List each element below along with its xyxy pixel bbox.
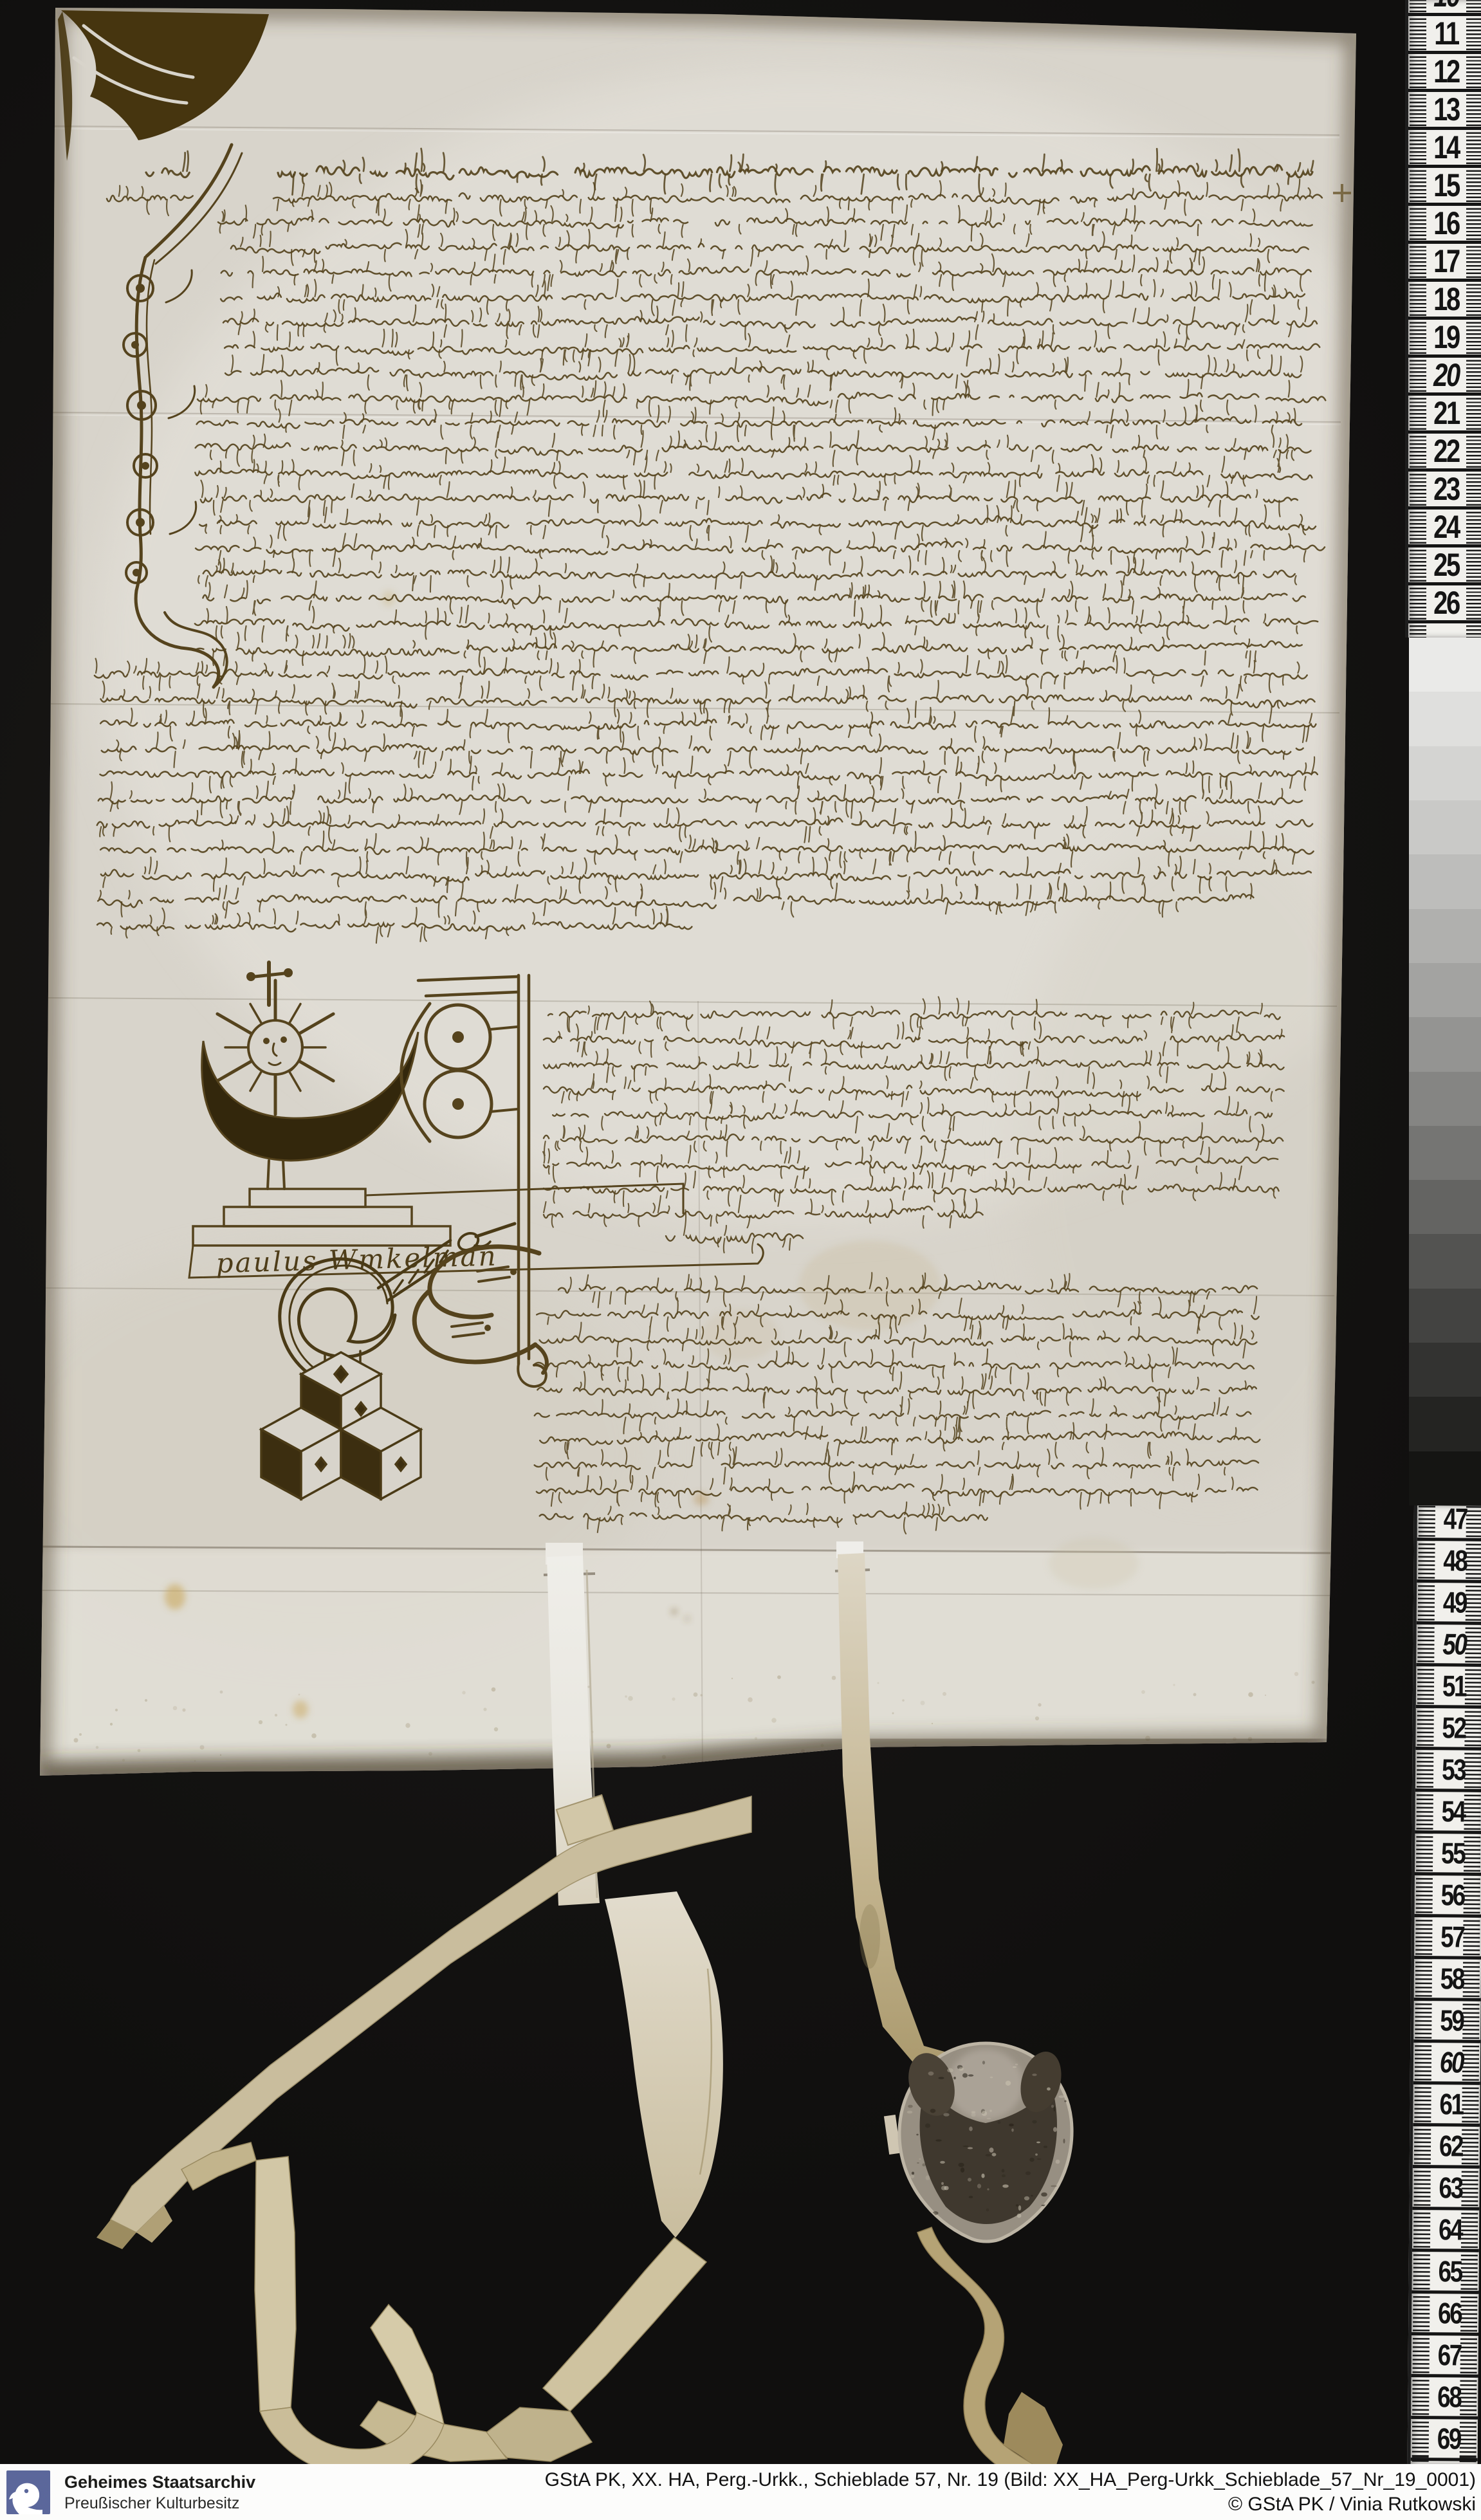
ruler-cm-line — [1417, 1621, 1481, 1625]
ruler-cm-line — [1415, 1872, 1481, 1876]
ruler-upper-segment: 1011121314151617181920212223242526 — [1405, 0, 1481, 638]
ruler-number: 17 — [1430, 244, 1462, 278]
wax-seal — [899, 2043, 1072, 2241]
left-tag-cream-ribbon — [605, 1891, 723, 2238]
grayscale-step — [1409, 1017, 1481, 1071]
ruler-number: 19 — [1430, 320, 1462, 354]
ruler-cm-line — [1412, 2374, 1478, 2378]
ruler-cm-line — [1416, 1705, 1481, 1709]
charter-photograph: paulus Wmkelman — [0, 0, 1481, 2520]
ruler-number: 51 — [1438, 1669, 1470, 1702]
ruler-cm-line — [1414, 1998, 1481, 2001]
ruler-cm-line — [1411, 2416, 1478, 2420]
ruler-cm-line — [1412, 2290, 1478, 2294]
shelfmark-reference: GStA PK, XX. HA, Perg.-Urkk., Schieblade… — [545, 2468, 1476, 2492]
ruler-number: 56 — [1437, 1878, 1469, 1911]
archive-logo: Geheimes Staatsarchiv Preußischer Kultur… — [0, 2470, 255, 2514]
copyright-credit: © GStA PK / Vinia Rutkowski — [545, 2492, 1476, 2517]
ruler-number: 21 — [1430, 396, 1462, 430]
ruler-number: 57 — [1436, 1920, 1468, 1953]
ruler-number: 16 — [1430, 207, 1462, 240]
ruler-number: 24 — [1430, 510, 1462, 544]
ruler-number: 48 — [1439, 1543, 1471, 1577]
ruler-cm-line — [1413, 2039, 1480, 2043]
grayscale-step — [1409, 1397, 1481, 1451]
grayscale-step — [1409, 746, 1481, 800]
ruler-cm-line — [1417, 1538, 1481, 1541]
ruler-ticks — [1412, 1505, 1435, 2464]
grayscale-step — [1409, 692, 1481, 746]
ruler-cm-line — [1417, 1579, 1481, 1583]
ruler-number: 52 — [1438, 1711, 1470, 1744]
grayscale-step — [1409, 1234, 1481, 1288]
ruler-number: 58 — [1436, 1962, 1468, 1995]
ruler-number: 66 — [1433, 2296, 1466, 2330]
ruler-cm-line — [1414, 1956, 1481, 1960]
ruler-number: 18 — [1430, 282, 1462, 316]
ruler-cm-line — [1412, 2249, 1479, 2252]
ruler-number: 14 — [1430, 131, 1462, 164]
left-tag-meander — [181, 2142, 706, 2476]
ruler-cm-line — [1416, 1663, 1481, 1667]
ruler-cm-line — [1415, 1914, 1481, 1918]
ruler-number: 50 — [1439, 1627, 1471, 1660]
grayscale-step — [1409, 1343, 1481, 1397]
wordmark-line1: Geheimes Staatsarchiv — [64, 2471, 255, 2493]
ruler-number: 69 — [1433, 2422, 1465, 2455]
archive-wordmark: Geheimes Staatsarchiv Preußischer Kultur… — [64, 2471, 255, 2514]
ruler-number: 12 — [1430, 55, 1462, 88]
ruler-number: 62 — [1435, 2129, 1467, 2162]
archive-logo-square — [6, 2470, 50, 2514]
ruler-number: 68 — [1433, 2380, 1465, 2413]
ruler-cm-line — [1415, 1789, 1481, 1792]
ruler-cm-line — [1415, 1747, 1481, 1751]
ruler-number: 54 — [1437, 1794, 1469, 1828]
grayscale-step — [1409, 800, 1481, 854]
ruler-number: 67 — [1433, 2338, 1466, 2371]
ruler-number: 65 — [1434, 2254, 1466, 2288]
ruler-cm-line — [1412, 2332, 1478, 2336]
grayscale-step — [1409, 1072, 1481, 1126]
grayscale-step — [1409, 638, 1481, 692]
ruler-cm-line — [1413, 2165, 1480, 2169]
ruler-number: 25 — [1430, 548, 1462, 582]
wordmark-line2: Preußischer Kulturbesitz — [64, 2493, 255, 2514]
ruler-number: 64 — [1434, 2212, 1466, 2246]
grayscale-step — [1409, 963, 1481, 1017]
ruler-number: 61 — [1435, 2087, 1467, 2120]
grayscale-step — [1409, 1180, 1481, 1234]
ruler-cm-line — [1415, 1830, 1481, 1834]
ruler-number: 20 — [1430, 358, 1462, 392]
caption-bar: Geheimes Staatsarchiv Preußischer Kultur… — [0, 2464, 1481, 2520]
ruler-number: 49 — [1439, 1585, 1471, 1619]
ruler-cm-line — [1413, 2081, 1480, 2085]
ruler-number: 11 — [1430, 17, 1462, 50]
ruler-number: 15 — [1430, 169, 1462, 202]
ruler-number: 26 — [1430, 586, 1462, 620]
eagle-icon — [6, 2470, 50, 2514]
ruler-cm-line — [1413, 2123, 1480, 2127]
ruler-number: 23 — [1430, 472, 1462, 506]
ruler-cm-line — [1411, 2458, 1478, 2461]
archive-photo-stage: paulus Wmkelman — [0, 0, 1481, 2520]
ruler-number: 13 — [1430, 93, 1462, 126]
ruler-lower-segment: 4748495051525354555657585960616263646566… — [1408, 1505, 1481, 2465]
ruler-number: 10 — [1430, 0, 1462, 12]
ruler-number: 22 — [1430, 434, 1462, 468]
ruler-number: 59 — [1435, 2003, 1467, 2037]
ruler-number: 55 — [1437, 1836, 1469, 1870]
ruler-number: 60 — [1435, 2045, 1467, 2079]
grayscale-step — [1409, 1289, 1481, 1343]
ruler-number: 47 — [1439, 1505, 1471, 1536]
ruler-cm-line — [1412, 2207, 1479, 2211]
grayscale-calibration-strip — [1409, 638, 1481, 1505]
grayscale-step — [1409, 909, 1481, 963]
ruler-number: 63 — [1435, 2171, 1467, 2204]
grayscale-step — [1409, 854, 1481, 908]
ruler-number: 53 — [1437, 1752, 1469, 1786]
grayscale-step — [1409, 1451, 1481, 1505]
caption-text: GStA PK, XX. HA, Perg.-Urkk., Schieblade… — [545, 2468, 1481, 2517]
grayscale-step — [1409, 1126, 1481, 1180]
